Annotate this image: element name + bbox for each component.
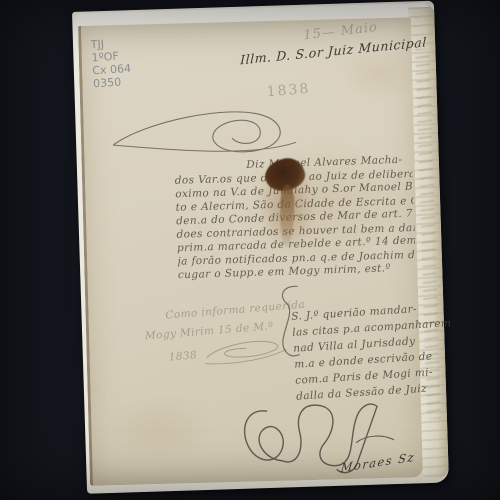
archival-codes: TJJ 1ºOF Cx 064 0350 [90,36,132,90]
manuscript-photo: TJJ 1ºOF Cx 064 0350 15— Maio Illm. D. S… [0,0,500,500]
pencil-year-note: 1838 [266,81,311,100]
manuscript-page: TJJ 1ºOF Cx 064 0350 15— Maio Illm. D. S… [78,17,423,486]
pen-flourish-icon [109,100,305,163]
rubric-monogram-icon [237,394,404,483]
petition-body: Diz Manoel Alvares Macha- dos Var.os que… [174,153,416,282]
archival-code-line: 0350 [93,75,132,90]
reply-initial-flourish-icon [273,282,308,362]
clerk-note-year: 1838 [168,346,198,367]
marginal-reply: S. J.º querião mandar- las citas p.a aco… [291,301,429,405]
archival-code-line: Cx 064 [92,62,131,77]
